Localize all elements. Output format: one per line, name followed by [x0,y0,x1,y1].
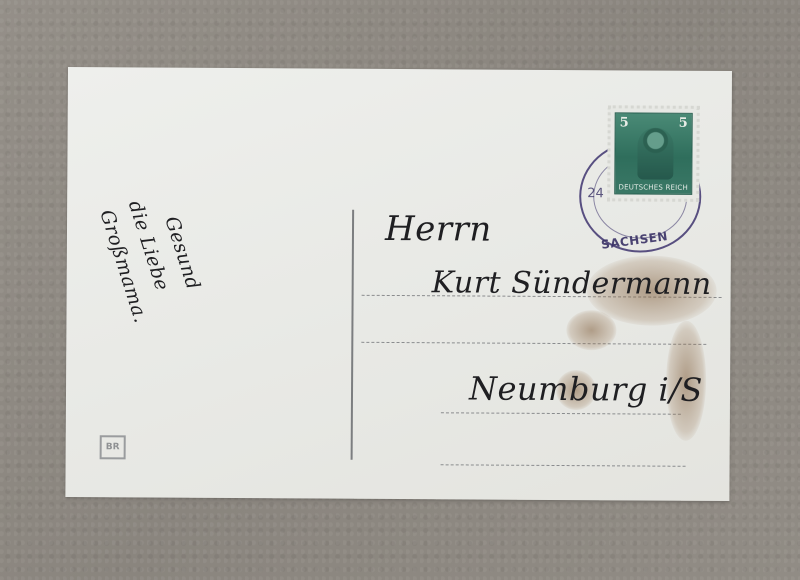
stamp-design: 5 5 DEUTSCHES REICH [614,112,692,194]
germania-figure-icon [637,127,673,179]
stain [566,310,616,350]
stamp-country: DEUTSCHES REICH [615,183,691,191]
greeting-handwriting: Gesund die Liebe Großmama. [92,188,213,327]
address-line [361,342,706,345]
postage-stamp: 5 5 DEUTSCHES REICH [607,105,700,202]
address-name: Kurt Sündermann [432,265,712,302]
address-line [441,464,686,466]
center-divider [351,210,354,460]
stamp-value-right: 5 [679,116,688,131]
postmark-region: SACHSEN [600,229,668,252]
address-city: Neumburg i/S [469,369,703,408]
address-salutation: Herrn [385,209,492,250]
publisher-logo: BR [100,435,126,459]
address-line [441,412,681,414]
postmark-date: 24 [587,186,604,201]
postcard: Gesund die Liebe Großmama. BR Herrn Kurt… [65,67,732,501]
stamp-value-left: 5 [620,115,629,130]
